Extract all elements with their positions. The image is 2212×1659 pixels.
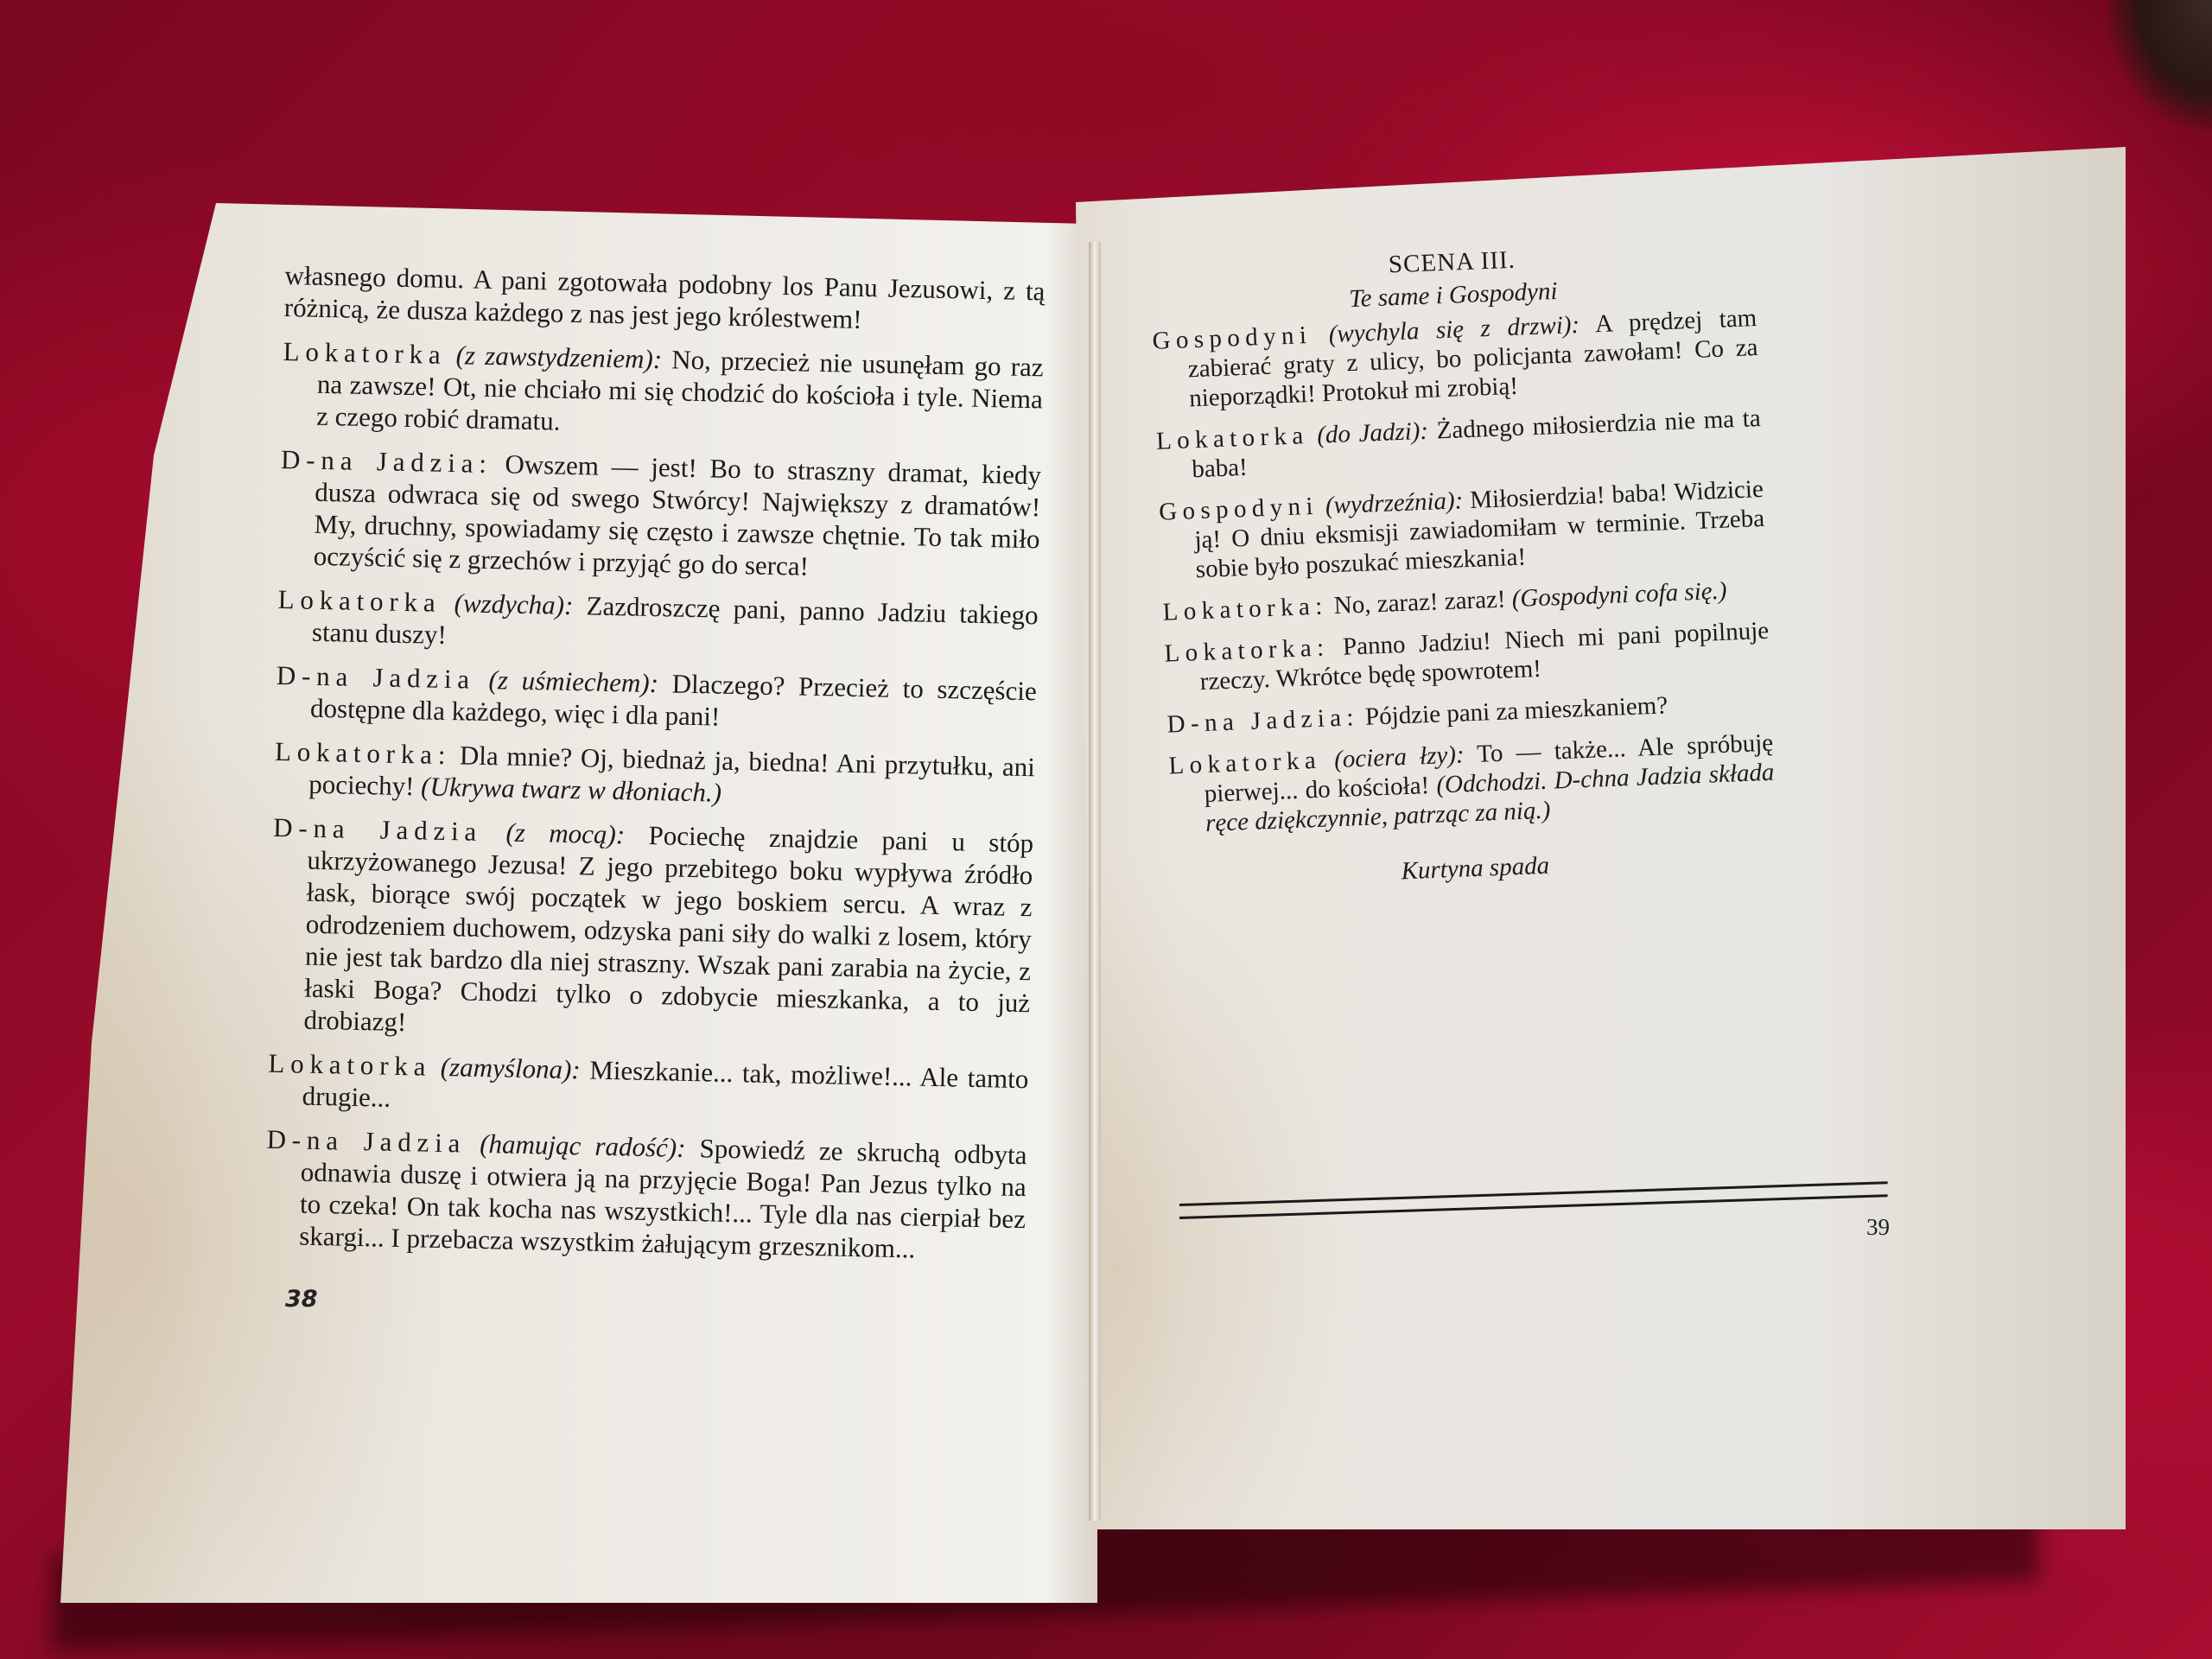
paragraph: D-na Jadzia (hamując radość): Spowiedź z… (264, 1123, 1027, 1267)
paragraph: D-na Jadzia (z mocą): Pociechę znajdzie … (269, 811, 1033, 1051)
stage-direction: (do Jadzi): (1317, 417, 1429, 449)
paragraph: Gospodyni (wychyla się z drzwi): A prędz… (1152, 303, 1759, 415)
paragraph: Lokatorka (z zawstydzeniem): No, przecie… (282, 335, 1044, 447)
page-number-right: 39 (1866, 1214, 1890, 1241)
dialogue-text: No, zaraz! zaraz! (1333, 585, 1506, 620)
speaker-name: Gospodyni (1159, 493, 1319, 526)
stage-direction: (Ukrywa twarz w dłoniach.) (421, 771, 722, 807)
paragraph: Lokatorka (wzdycha): Zazdroszczę pani, p… (277, 583, 1039, 663)
stage-direction: (z zawstydzeniem): (455, 340, 662, 374)
stage-direction: (zamyślona): (440, 1052, 581, 1084)
curtain-falls-text: Kurtyna spada (1173, 842, 1778, 895)
stage-direction: (hamując radość): (480, 1128, 686, 1163)
speaker-name: Lokatorka (277, 584, 441, 618)
paragraph: Gospodyni (wydrzeźnia): Miłosierdzia! ba… (1159, 474, 1766, 586)
paragraph: Lokatorka (do Jadzi): Żadnego miłosierdz… (1155, 404, 1762, 486)
stage-direction: (Gospodyni cofa się.) (1511, 577, 1727, 613)
stage-direction: (wydrzeźnia): (1325, 486, 1464, 519)
speaker-name: Lokatorka (1155, 422, 1309, 455)
speaker-name: Lokatorka: (1162, 592, 1328, 626)
paragraph: Lokatorka: Panno Jadziu! Niech mi pani p… (1164, 616, 1770, 698)
speaker-name: D-na Jadzia (273, 812, 483, 847)
speaker-name: D-na Jadzia: (281, 444, 493, 479)
speaker-name: D-na Jadzia: (1166, 703, 1359, 739)
speaker-name: Gospodyni (1152, 321, 1313, 355)
speaker-name: Lokatorka (1168, 747, 1322, 780)
speaker-name: Lokatorka (268, 1048, 431, 1082)
paragraph: Lokatorka (ociera łzy): To — także... Al… (1168, 728, 1776, 840)
book-gutter (1089, 242, 1101, 1521)
right-page-text: SCENA III. Te same i Gospodyni Gospodyni… (1149, 236, 1779, 919)
paragraph: Lokatorka: Dla mnie? Oj, biednaż ja, bie… (274, 735, 1035, 815)
speaker-name: Lokatorka (283, 336, 446, 370)
stage-direction: (ociera łzy): (1334, 741, 1465, 773)
speaker-name: Lokatorka: (1164, 633, 1330, 667)
paragraph: Lokatorka (zamyślona): Mieszkanie... tak… (267, 1047, 1028, 1127)
speaker-name: D-na Jadzia (276, 660, 476, 695)
left-page-text: własnego domu. A pani zgotowała podobny … (264, 259, 1046, 1279)
page-number-left: 38 (285, 1286, 318, 1313)
paragraph: D-na Jadzia (z uśmiechem): Dlaczego? Prz… (276, 659, 1037, 739)
speaker-name: Lokatorka: (275, 736, 452, 770)
dialogue-text: Pociechę znajdzie pani u stóp ukrzyżowan… (303, 820, 1033, 1037)
dialogue-text: Pójdzie pani za mieszkaniem? (1364, 691, 1668, 730)
stage-direction: (z mocą): (505, 817, 625, 850)
speaker-name: D-na Jadzia (266, 1124, 466, 1159)
open-book: własnego domu. A pani zgotowała podobny … (0, 0, 2212, 1659)
stage-direction: (z uśmiechem): (488, 664, 658, 698)
paragraph: D-na Jadzia: Owszem — jest! Bo to strasz… (278, 443, 1041, 587)
stage-direction: (wzdycha): (454, 588, 573, 620)
dialogue-text: Miłosierdzia! baba! Widzicie ją! O dniu … (1194, 475, 1765, 583)
